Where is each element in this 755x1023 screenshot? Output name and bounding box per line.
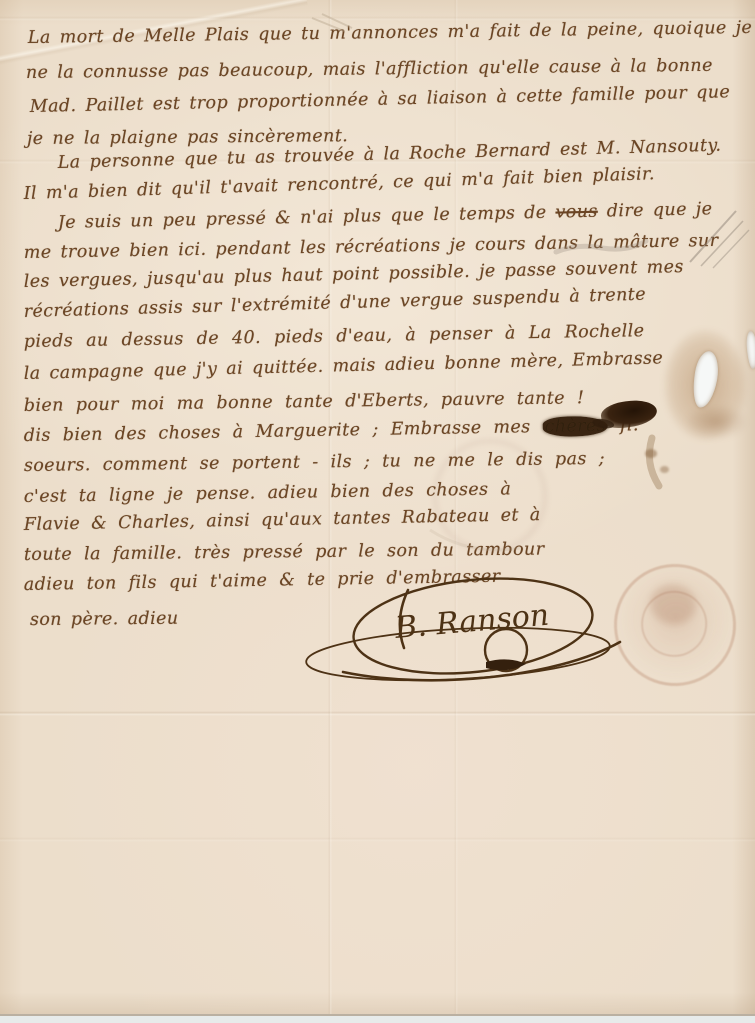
torn-edge: [746, 331, 755, 370]
handwriting-line: Flavie & Charles, ainsi qu'aux tantes Ra…: [24, 507, 541, 534]
handwriting-line: pieds au dessus de 40. pieds d'eau, à pe…: [24, 323, 645, 351]
handwriting-line: récréations assis sur l'extrémité d'une …: [24, 287, 647, 322]
fold-crease-lower: [0, 837, 755, 842]
handwriting-line: dis bien des choses à Marguerite ; Embra…: [24, 417, 639, 445]
handwriting-line: soeurs. comment se portent - ils ; tu ne…: [24, 451, 605, 476]
scan-edge: [0, 1014, 755, 1023]
signature: B. Ranson: [288, 550, 643, 710]
handwriting-line: ne la connusse pas beaucoup, mais l'affl…: [26, 58, 713, 83]
line-text: dis bien des choses à Marguerite ; Embra…: [24, 417, 543, 446]
torn-hole: [690, 350, 722, 410]
signature-name: B. Ranson: [393, 598, 551, 646]
ink-stain: [645, 449, 657, 458]
ink-blot: [599, 397, 658, 431]
handwriting-line: la campagne que j'y ai quittée. mais adi…: [24, 350, 664, 383]
fold-crease-middle: [0, 711, 755, 716]
handwriting-line: Il m'a bien dit qu'il t'avait rencontré,…: [23, 166, 655, 203]
handwriting-line: Je suis un peu pressé & n'ai plus que le…: [58, 201, 713, 232]
handwriting-line: son père. adieu: [30, 611, 179, 630]
struck-word: vous: [555, 202, 598, 223]
handwriting-line: c'est ta ligne je pense. adieu bien des …: [24, 481, 512, 506]
handwriting-line: bien pour moi ma bonne tante d'Eberts, p…: [24, 390, 585, 415]
ink-stain: [660, 466, 669, 473]
postmark-inner-ring: [636, 586, 712, 662]
handwriting-line: Mad. Paillet est trop proportionnée à sa…: [30, 84, 731, 116]
line-text: dire que je: [598, 199, 713, 221]
letter-scan: La mort de Melle Plais que tu m'annonces…: [0, 0, 755, 1023]
handwriting-line: La mort de Melle Plais que tu m'annonces…: [28, 20, 753, 48]
ink-stain: [686, 405, 746, 439]
line-text: Je suis un peu pressé & n'ai plus que le…: [58, 203, 556, 233]
postmark-smudge: [647, 581, 699, 628]
handwriting-line: je ne la plaigne pas sincèrement.: [27, 128, 348, 148]
